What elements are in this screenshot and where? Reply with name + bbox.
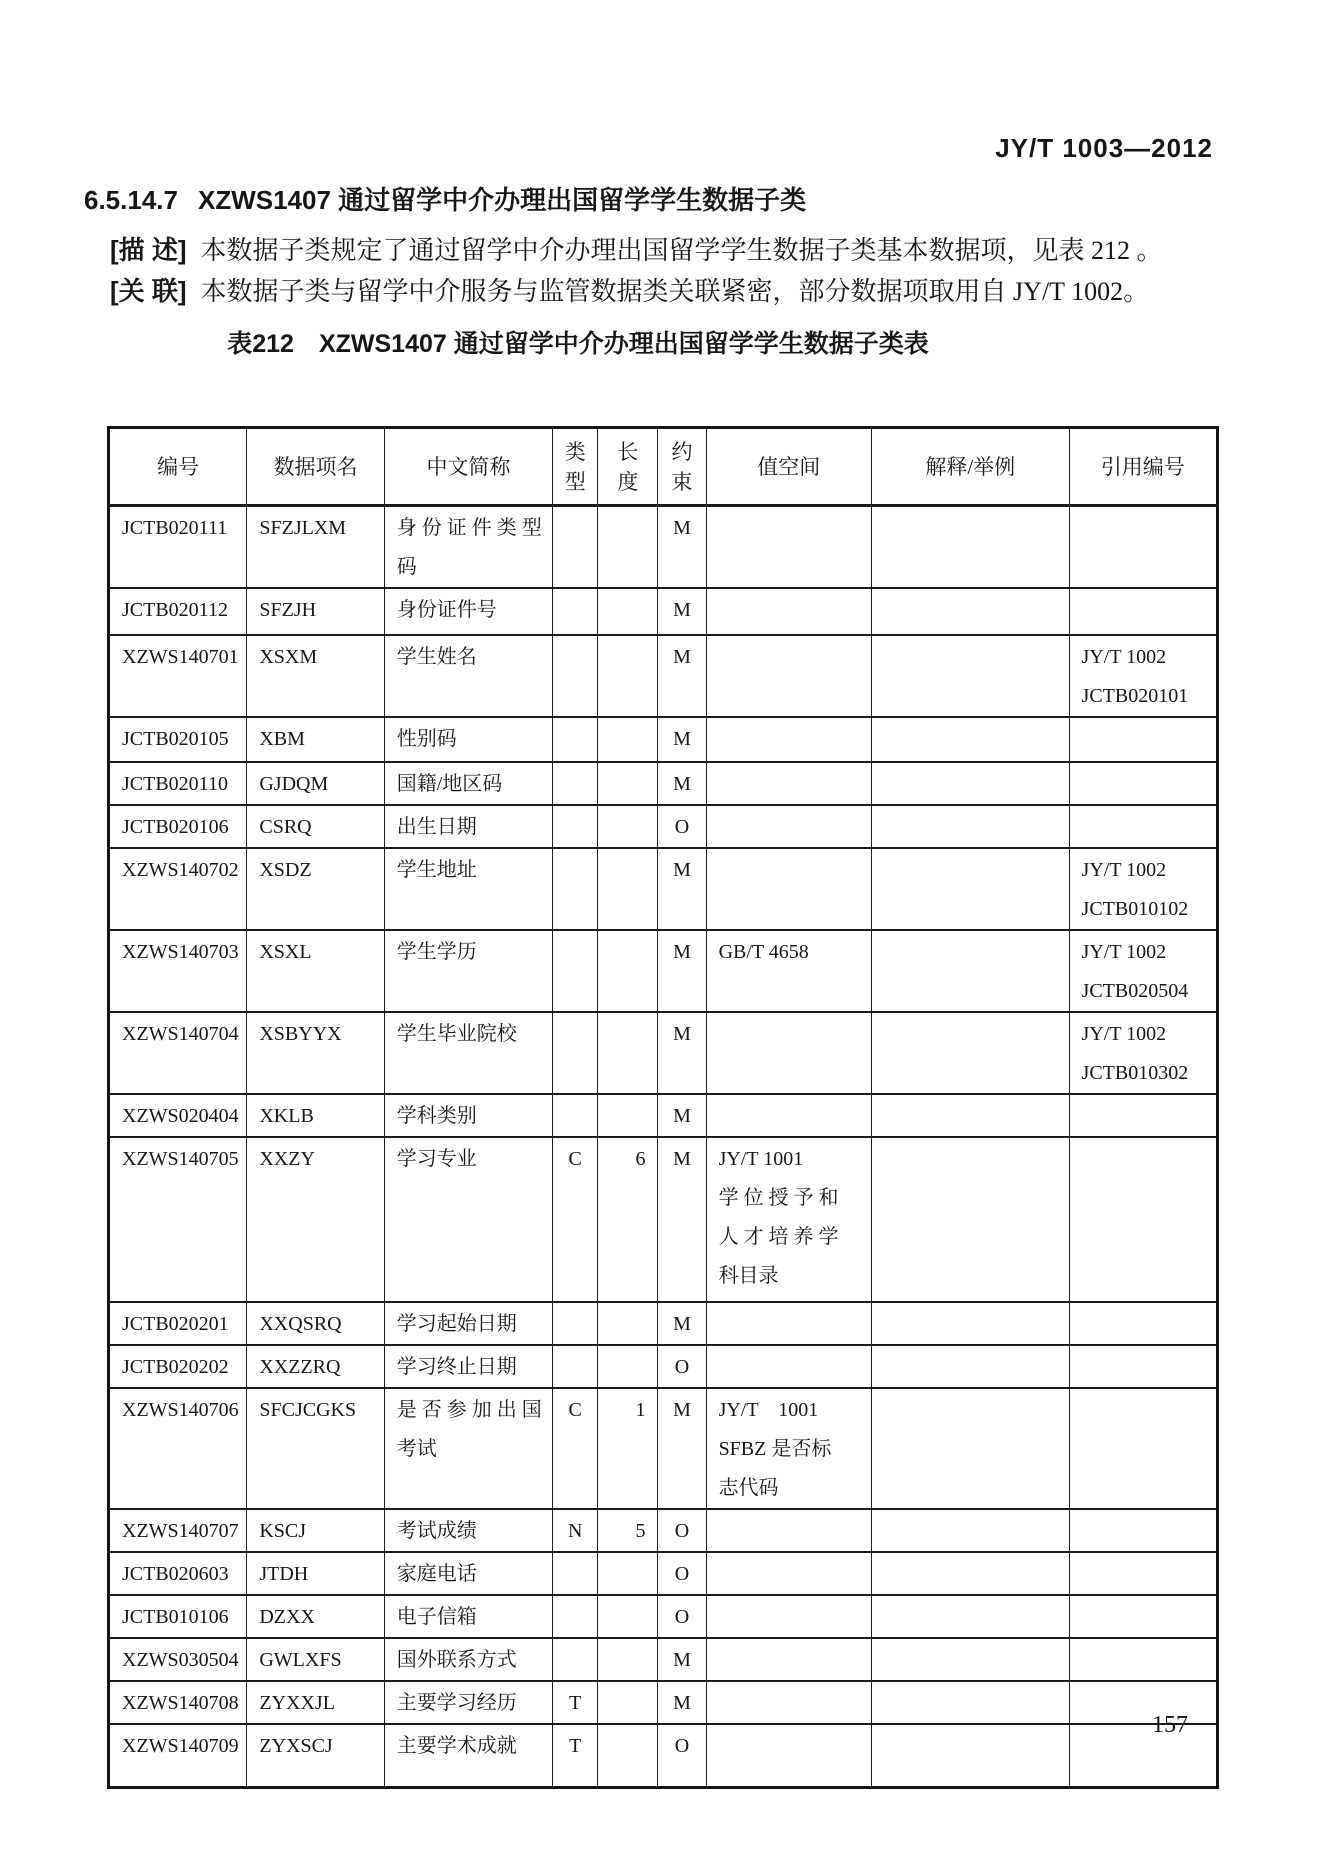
cell-name: XSXL bbox=[247, 930, 384, 1012]
cell-name: ZYXSCJ bbox=[247, 1724, 384, 1787]
cell-cn: 主要学术成就 bbox=[384, 1724, 552, 1787]
table-row: XZWS140708ZYXXJL主要学习经历TM bbox=[109, 1681, 1218, 1724]
cell-value bbox=[706, 762, 871, 805]
section-number: 6.5.14.7 bbox=[84, 185, 178, 215]
cell-con: M bbox=[658, 1638, 706, 1681]
cell-id: XZWS140704 bbox=[109, 1012, 247, 1094]
cell-value: JY/T 1001 学 位 授 予 和 人 才 培 养 学 科目录 bbox=[706, 1137, 871, 1302]
cell-type bbox=[553, 762, 598, 805]
table-body: JCTB020111SFZJLXM身 份 证 件 类 型 码MJCTB02011… bbox=[109, 506, 1218, 1788]
cell-cn: 学生姓名 bbox=[384, 635, 552, 717]
cell-con: M bbox=[658, 1388, 706, 1509]
cell-name: SFZJLXM bbox=[247, 506, 384, 589]
cell-note bbox=[872, 588, 1070, 635]
cell-len bbox=[598, 1681, 658, 1724]
table-row: XZWS140704XSBYYX学生毕业院校MJY/T 1002 JCTB010… bbox=[109, 1012, 1218, 1094]
cell-ref bbox=[1069, 1094, 1217, 1137]
table-row: XZWS020404XKLB学科类别M bbox=[109, 1094, 1218, 1137]
cell-ref bbox=[1069, 1595, 1217, 1638]
cell-len bbox=[598, 1012, 658, 1094]
cell-name: XXQSRQ bbox=[247, 1302, 384, 1345]
cell-id: XZWS140707 bbox=[109, 1509, 247, 1552]
cell-len bbox=[598, 588, 658, 635]
cell-cn: 国外联系方式 bbox=[384, 1638, 552, 1681]
cell-type bbox=[553, 930, 598, 1012]
cell-con: M bbox=[658, 1012, 706, 1094]
col-header-item-name: 数据项名 bbox=[247, 428, 384, 506]
cell-id: JCTB020603 bbox=[109, 1552, 247, 1595]
cell-type bbox=[553, 1012, 598, 1094]
cell-ref bbox=[1069, 1137, 1217, 1302]
cell-con: M bbox=[658, 848, 706, 930]
cell-note bbox=[872, 635, 1070, 717]
cell-value bbox=[706, 1681, 871, 1724]
cell-cn: 学生学历 bbox=[384, 930, 552, 1012]
cell-len bbox=[598, 805, 658, 848]
cell-ref bbox=[1069, 762, 1217, 805]
table-title: 表212 XZWS1407 通过留学中介办理出国留学学生数据子类表 bbox=[107, 328, 1219, 360]
cell-note bbox=[872, 805, 1070, 848]
cell-con: O bbox=[658, 1724, 706, 1787]
cell-name: CSRQ bbox=[247, 805, 384, 848]
cell-type: C bbox=[553, 1137, 598, 1302]
cell-value bbox=[706, 1552, 871, 1595]
cell-len bbox=[598, 1638, 658, 1681]
cell-name: GWLXFS bbox=[247, 1638, 384, 1681]
table-row: XZWS140703XSXL学生学历MGB/T 4658JY/T 1002 JC… bbox=[109, 930, 1218, 1012]
cell-type bbox=[553, 506, 598, 589]
cell-name: XSXM bbox=[247, 635, 384, 717]
cell-id: XZWS140701 bbox=[109, 635, 247, 717]
cell-ref bbox=[1069, 1388, 1217, 1509]
col-header-length: 长 度 bbox=[598, 428, 658, 506]
table-row: XZWS140709ZYXSCJ主要学术成就TO bbox=[109, 1724, 1218, 1787]
cell-value bbox=[706, 1302, 871, 1345]
cell-cn: 是 否 参 加 出 国 考试 bbox=[384, 1388, 552, 1509]
cell-note bbox=[872, 848, 1070, 930]
cell-name: SFCJCGKS bbox=[247, 1388, 384, 1509]
cell-value bbox=[706, 1595, 871, 1638]
cell-id: XZWS020404 bbox=[109, 1094, 247, 1137]
cell-len bbox=[598, 717, 658, 762]
paragraph-label: [描 述] bbox=[110, 235, 187, 265]
col-header-cn-abbr: 中文简称 bbox=[384, 428, 552, 506]
paragraph-label: [关 联] bbox=[110, 276, 187, 306]
cell-cn: 学习终止日期 bbox=[384, 1345, 552, 1388]
cell-type: C bbox=[553, 1388, 598, 1509]
cell-value bbox=[706, 1509, 871, 1552]
col-header-explain: 解释/举例 bbox=[872, 428, 1070, 506]
table-row: JCTB020111SFZJLXM身 份 证 件 类 型 码M bbox=[109, 506, 1218, 589]
cell-note bbox=[872, 1595, 1070, 1638]
cell-cn: 性别码 bbox=[384, 717, 552, 762]
cell-con: M bbox=[658, 717, 706, 762]
cell-ref: JY/T 1002 JCTB010302 bbox=[1069, 1012, 1217, 1094]
cell-value: GB/T 4658 bbox=[706, 930, 871, 1012]
table-row: JCTB020202XXZZRQ学习终止日期O bbox=[109, 1345, 1218, 1388]
doc-code: JY/T 1003—2012 bbox=[84, 132, 1213, 164]
cell-con: M bbox=[658, 1137, 706, 1302]
table-row: XZWS140706SFCJCGKS是 否 参 加 出 国 考试C1MJY/T … bbox=[109, 1388, 1218, 1509]
cell-len bbox=[598, 1595, 658, 1638]
cell-value: JY/T 1001 SFBZ 是否标 志代码 bbox=[706, 1388, 871, 1509]
cell-ref: JY/T 1002 JCTB010102 bbox=[1069, 848, 1217, 930]
col-header-code: 编号 bbox=[109, 428, 247, 506]
cell-value bbox=[706, 1012, 871, 1094]
cell-len: 5 bbox=[598, 1509, 658, 1552]
cell-con: M bbox=[658, 1681, 706, 1724]
table-row: XZWS030504GWLXFS国外联系方式M bbox=[109, 1638, 1218, 1681]
cell-type bbox=[553, 1552, 598, 1595]
page-number: 157 bbox=[1130, 1712, 1210, 1739]
cell-name: KSCJ bbox=[247, 1509, 384, 1552]
cell-note bbox=[872, 1681, 1070, 1724]
cell-name: JTDH bbox=[247, 1552, 384, 1595]
cell-note bbox=[872, 1345, 1070, 1388]
cell-type bbox=[553, 848, 598, 930]
cell-id: XZWS140703 bbox=[109, 930, 247, 1012]
table-row: JCTB020112SFZJH身份证件号M bbox=[109, 588, 1218, 635]
section-heading: 6.5.14.7XZWS1407 通过留学中介办理出国留学学生数据子类 bbox=[84, 184, 1213, 216]
section-title: XZWS1407 通过留学中介办理出国留学学生数据子类 bbox=[198, 185, 806, 215]
cell-len bbox=[598, 1552, 658, 1595]
cell-cn: 考试成绩 bbox=[384, 1509, 552, 1552]
cell-value bbox=[706, 1724, 871, 1787]
cell-id: JCTB020106 bbox=[109, 805, 247, 848]
cell-ref bbox=[1069, 1302, 1217, 1345]
cell-ref bbox=[1069, 1345, 1217, 1388]
cell-cn: 学习起始日期 bbox=[384, 1302, 552, 1345]
cell-name: XKLB bbox=[247, 1094, 384, 1137]
cell-name: ZYXXJL bbox=[247, 1681, 384, 1724]
cell-con: M bbox=[658, 1094, 706, 1137]
cell-note bbox=[872, 1094, 1070, 1137]
cell-type bbox=[553, 805, 598, 848]
cell-con: M bbox=[658, 762, 706, 805]
cell-len bbox=[598, 506, 658, 589]
cell-type bbox=[553, 1302, 598, 1345]
cell-id: XZWS140706 bbox=[109, 1388, 247, 1509]
cell-ref bbox=[1069, 1638, 1217, 1681]
cell-id: JCTB020110 bbox=[109, 762, 247, 805]
table-row: XZWS140705XXZY学习专业C6MJY/T 1001 学 位 授 予 和… bbox=[109, 1137, 1218, 1302]
cell-value bbox=[706, 635, 871, 717]
data-table: 编号 数据项名 中文简称 类 型 长 度 约 束 值空间 解释/举例 引用编号 … bbox=[107, 426, 1219, 1789]
col-header-type: 类 型 bbox=[553, 428, 598, 506]
cell-ref bbox=[1069, 1509, 1217, 1552]
table-row: JCTB020105XBM性别码M bbox=[109, 717, 1218, 762]
cell-con: M bbox=[658, 506, 706, 589]
cell-value bbox=[706, 848, 871, 930]
cell-id: JCTB020111 bbox=[109, 506, 247, 589]
cell-name: XBM bbox=[247, 717, 384, 762]
cell-len: 1 bbox=[598, 1388, 658, 1509]
cell-con: M bbox=[658, 930, 706, 1012]
cell-note bbox=[872, 1388, 1070, 1509]
cell-cn: 学生地址 bbox=[384, 848, 552, 930]
cell-type: N bbox=[553, 1509, 598, 1552]
col-header-ref: 引用编号 bbox=[1069, 428, 1217, 506]
cell-len bbox=[598, 762, 658, 805]
cell-len bbox=[598, 1094, 658, 1137]
cell-note bbox=[872, 1509, 1070, 1552]
cell-id: XZWS140708 bbox=[109, 1681, 247, 1724]
table-row: JCTB010106DZXX电子信箱O bbox=[109, 1595, 1218, 1638]
cell-id: JCTB020112 bbox=[109, 588, 247, 635]
cell-type bbox=[553, 1638, 598, 1681]
cell-type bbox=[553, 1345, 598, 1388]
cell-note bbox=[872, 1137, 1070, 1302]
cell-name: XSDZ bbox=[247, 848, 384, 930]
cell-id: XZWS140702 bbox=[109, 848, 247, 930]
cell-type: T bbox=[553, 1724, 598, 1787]
cell-note bbox=[872, 506, 1070, 589]
cell-value bbox=[706, 1345, 871, 1388]
cell-id: XZWS140705 bbox=[109, 1137, 247, 1302]
cell-type bbox=[553, 635, 598, 717]
paragraph-text: 本数据子类与留学中介服务与监管数据类关联紧密，部分数据项取用自 JY/T 100… bbox=[201, 277, 1150, 306]
paragraph-text: 本数据子类规定了通过留学中介办理出国留学学生数据子类基本数据项，见表 212 。 bbox=[201, 236, 1163, 265]
cell-ref bbox=[1069, 717, 1217, 762]
cell-ref bbox=[1069, 506, 1217, 589]
cell-id: JCTB020105 bbox=[109, 717, 247, 762]
cell-id: JCTB020201 bbox=[109, 1302, 247, 1345]
cell-ref: JY/T 1002 JCTB020504 bbox=[1069, 930, 1217, 1012]
cell-cn: 学科类别 bbox=[384, 1094, 552, 1137]
cell-note bbox=[872, 1638, 1070, 1681]
cell-cn: 身份证件号 bbox=[384, 588, 552, 635]
cell-cn: 出生日期 bbox=[384, 805, 552, 848]
table-row: XZWS140701XSXM学生姓名MJY/T 1002 JCTB020101 bbox=[109, 635, 1218, 717]
paragraph-relation: [关 联]本数据子类与留学中介服务与监管数据类关联紧密，部分数据项取用自 JY/… bbox=[110, 273, 1213, 310]
cell-name: XXZY bbox=[247, 1137, 384, 1302]
cell-con: M bbox=[658, 588, 706, 635]
col-header-value-space: 值空间 bbox=[706, 428, 871, 506]
cell-type bbox=[553, 1094, 598, 1137]
cell-len bbox=[598, 635, 658, 717]
cell-note bbox=[872, 717, 1070, 762]
cell-value bbox=[706, 1638, 871, 1681]
cell-value bbox=[706, 717, 871, 762]
cell-value bbox=[706, 1094, 871, 1137]
cell-note bbox=[872, 762, 1070, 805]
cell-type bbox=[553, 717, 598, 762]
cell-name: SFZJH bbox=[247, 588, 384, 635]
cell-value bbox=[706, 805, 871, 848]
cell-len bbox=[598, 848, 658, 930]
cell-cn: 家庭电话 bbox=[384, 1552, 552, 1595]
cell-note bbox=[872, 1012, 1070, 1094]
cell-con: O bbox=[658, 1345, 706, 1388]
cell-ref: JY/T 1002 JCTB020101 bbox=[1069, 635, 1217, 717]
cell-name: XXZZRQ bbox=[247, 1345, 384, 1388]
cell-cn: 身 份 证 件 类 型 码 bbox=[384, 506, 552, 589]
cell-ref bbox=[1069, 805, 1217, 848]
paragraph-description: [描 述]本数据子类规定了通过留学中介办理出国留学学生数据子类基本数据项，见表 … bbox=[110, 232, 1213, 269]
cell-name: XSBYYX bbox=[247, 1012, 384, 1094]
cell-note bbox=[872, 930, 1070, 1012]
cell-id: XZWS140709 bbox=[109, 1724, 247, 1787]
cell-con: O bbox=[658, 1552, 706, 1595]
cell-type bbox=[553, 1595, 598, 1638]
table-row: JCTB020106CSRQ出生日期O bbox=[109, 805, 1218, 848]
cell-cn: 主要学习经历 bbox=[384, 1681, 552, 1724]
cell-value bbox=[706, 588, 871, 635]
cell-name: GJDQM bbox=[247, 762, 384, 805]
cell-cn: 国籍/地区码 bbox=[384, 762, 552, 805]
cell-ref bbox=[1069, 588, 1217, 635]
table-row: XZWS140702XSDZ学生地址MJY/T 1002 JCTB010102 bbox=[109, 848, 1218, 930]
table-row: JCTB020201XXQSRQ学习起始日期M bbox=[109, 1302, 1218, 1345]
cell-len: 6 bbox=[598, 1137, 658, 1302]
cell-con: O bbox=[658, 1595, 706, 1638]
cell-id: JCTB020202 bbox=[109, 1345, 247, 1388]
cell-con: M bbox=[658, 635, 706, 717]
document-page: JY/T 1003—2012 6.5.14.7XZWS1407 通过留学中介办理… bbox=[0, 0, 1323, 1871]
table-row: JCTB020110GJDQM国籍/地区码M bbox=[109, 762, 1218, 805]
table-header-row: 编号 数据项名 中文简称 类 型 长 度 约 束 值空间 解释/举例 引用编号 bbox=[109, 428, 1218, 506]
cell-note bbox=[872, 1724, 1070, 1787]
cell-cn: 学生毕业院校 bbox=[384, 1012, 552, 1094]
cell-con: O bbox=[658, 805, 706, 848]
cell-ref bbox=[1069, 1552, 1217, 1595]
cell-cn: 电子信箱 bbox=[384, 1595, 552, 1638]
cell-id: JCTB010106 bbox=[109, 1595, 247, 1638]
cell-len bbox=[598, 1724, 658, 1787]
cell-con: M bbox=[658, 1302, 706, 1345]
col-header-constraint: 约 束 bbox=[658, 428, 706, 506]
cell-note bbox=[872, 1302, 1070, 1345]
cell-value bbox=[706, 506, 871, 589]
cell-con: O bbox=[658, 1509, 706, 1552]
table-row: JCTB020603JTDH家庭电话O bbox=[109, 1552, 1218, 1595]
cell-cn: 学习专业 bbox=[384, 1137, 552, 1302]
cell-note bbox=[872, 1552, 1070, 1595]
cell-len bbox=[598, 930, 658, 1012]
cell-type: T bbox=[553, 1681, 598, 1724]
cell-id: XZWS030504 bbox=[109, 1638, 247, 1681]
cell-len bbox=[598, 1345, 658, 1388]
cell-type bbox=[553, 588, 598, 635]
table-row: XZWS140707KSCJ考试成绩N5O bbox=[109, 1509, 1218, 1552]
cell-len bbox=[598, 1302, 658, 1345]
cell-name: DZXX bbox=[247, 1595, 384, 1638]
